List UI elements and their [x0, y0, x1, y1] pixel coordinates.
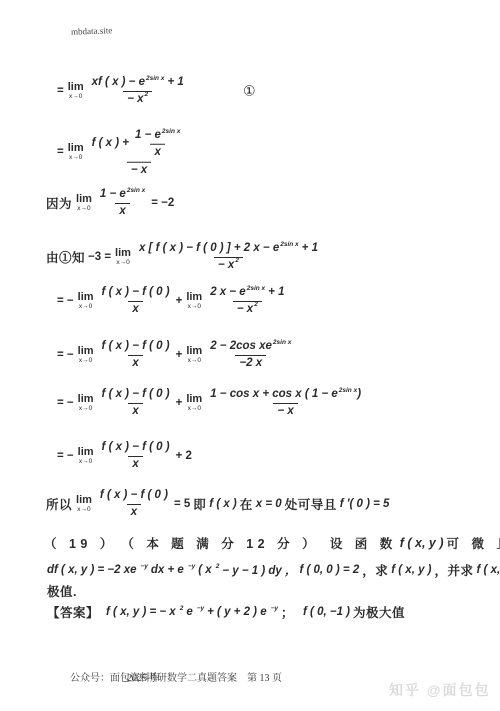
math-token: f ( x, y ) — [400, 536, 444, 550]
math-token: + 1 — [268, 287, 284, 299]
cn-text: 处可导且 — [285, 495, 337, 513]
superscript: 2sin x — [247, 286, 265, 293]
fraction-denominator: − x2 — [123, 91, 152, 108]
fraction: 2 x − e2sin x+ 1 − x2 — [206, 285, 288, 317]
superscript: 2sin x — [146, 76, 164, 83]
superscript: −y — [197, 605, 204, 612]
fraction-denominator: − x2 — [233, 301, 262, 318]
superscript: 2 — [180, 605, 184, 612]
limit-operator: lim x→0 — [76, 495, 92, 514]
math-token: + 1 — [302, 243, 318, 255]
question-text: 可 微 且 满 足 — [447, 534, 500, 552]
math-token: 2 − 2cos xe — [210, 341, 272, 353]
fraction-numerator: f ( x ) + 1 − e2sin x x — [88, 126, 191, 162]
cn-label: 由①知 — [46, 248, 85, 266]
limit-subscript: x→0 — [116, 260, 129, 267]
formula-eq9: 所以 lim x→0 f ( x ) − f ( 0 ) x = 5 即 f (… — [46, 488, 392, 520]
math-token: + 2 — [176, 450, 192, 462]
limit-word: lim — [186, 346, 202, 357]
math-token: x — [131, 507, 137, 519]
fraction-denominator: x — [128, 403, 142, 420]
limit-subscript: x→0 — [69, 155, 82, 162]
limit-subscript: x→0 — [77, 507, 90, 514]
limit-subscript: x→0 — [77, 206, 90, 213]
math-token: + ( y + 2 ) e — [207, 606, 266, 618]
equation-tag-circle-1: ① — [243, 83, 256, 100]
math-token: x = 0 — [256, 498, 282, 510]
fraction: f ( x ) − f ( 0 ) x — [96, 488, 172, 520]
cn-text: ； — [281, 603, 294, 621]
fraction-inner: 1 − e2sin x x — [131, 128, 184, 160]
limit-word: lim — [115, 248, 131, 259]
fraction-denominator: x — [128, 456, 142, 473]
limit-subscript: x→0 — [188, 304, 201, 311]
math-token: + — [176, 397, 183, 409]
fraction-numerator: x [ f ( x ) − f ( 0 ) ] + 2 x − e2sin x+… — [135, 241, 322, 257]
extremum-line: 极值. — [47, 582, 80, 600]
cn-label: 所以 — [46, 495, 72, 513]
math-token: 1 − e — [100, 189, 126, 201]
math-token: 1 − cos x + cos x ( 1 − e — [210, 389, 338, 401]
math-token: f ( 0, 0 ) = 2 — [299, 564, 359, 576]
math-token: f ( x ) − f ( 0 ) — [102, 287, 170, 299]
math-token: = − — [57, 450, 74, 462]
limit-word: lim — [76, 194, 92, 205]
cn-text: 在 — [240, 495, 253, 513]
fraction-denominator: − x — [273, 403, 297, 420]
math-token: ( x — [198, 564, 211, 576]
limit-subscript: x→0 — [188, 358, 201, 365]
superscript: −y — [271, 605, 278, 612]
math-token: −2 x — [239, 358, 262, 370]
math-token: = — [57, 85, 64, 97]
footer-title: 2025考研数学二真题答案 — [127, 669, 237, 684]
math-token: = — [57, 146, 64, 158]
limit-subscript: x→0 — [69, 94, 82, 101]
fraction-denominator: x — [150, 143, 164, 160]
limit-operator: lim x→0 — [68, 143, 84, 162]
formula-eq5: = − lim x→0 f ( x ) − f ( 0 ) x + lim x→… — [57, 285, 290, 317]
fraction-numerator: f ( x ) − f ( 0 ) — [98, 285, 174, 301]
superscript: 2sin x — [127, 188, 145, 195]
limit-operator: lim x→0 — [186, 346, 202, 365]
question-text: （ 19 ） （ 本 题 满 分 12 分 ） 设 函 数 — [44, 534, 397, 552]
fraction-denominator: x — [128, 301, 142, 318]
zhihu-watermark: 知乎 @面包包 — [389, 680, 491, 700]
math-token: x — [119, 206, 125, 218]
math-token: dx + e — [151, 564, 184, 576]
answer-label: 【答案】 — [47, 603, 99, 621]
formula-eq2: = lim x→0 f ( x ) + 1 − e2sin x x − x — [57, 126, 192, 179]
math-token: 2 x − e — [210, 287, 246, 299]
fraction-denominator: x — [127, 504, 141, 521]
limit-operator: lim x→0 — [68, 82, 84, 101]
math-token: ) — [357, 389, 361, 401]
math-token: 1 − e — [135, 130, 161, 142]
fraction-numerator: 2 x − e2sin x+ 1 — [206, 285, 288, 301]
math-token: x — [154, 146, 160, 158]
fraction-denominator: x — [115, 203, 129, 220]
math-token: + — [176, 349, 183, 361]
math-token: f ( x ) − f ( 0 ) — [102, 442, 170, 454]
math-token: f ( x, y ) = − x — [106, 606, 176, 618]
fraction-numerator: f ( x ) − f ( 0 ) — [98, 440, 174, 456]
fraction: f ( x ) − f ( 0 ) x — [98, 387, 174, 419]
fraction-denominator: −2 x — [235, 355, 266, 372]
fraction-denominator: x — [128, 355, 142, 372]
cn-text: ，并求 — [435, 561, 474, 579]
math-token: f ( x ) − f ( 0 ) — [102, 389, 170, 401]
superscript: 2sin x — [273, 340, 291, 347]
limit-word: lim — [78, 394, 94, 405]
cn-label: 因为 — [46, 194, 72, 212]
math-token: + — [176, 295, 183, 307]
math-token: −3 = — [88, 251, 111, 263]
formula-eq3: 因为 lim x→0 1 − e2sin x x = −2 — [46, 187, 177, 219]
fraction-numerator: 1 − cos x + cos x ( 1 − e2sin x) — [206, 387, 365, 403]
limit-subscript: x→0 — [79, 358, 92, 365]
math-token: = 5 — [174, 498, 190, 510]
math-token: + 1 — [167, 77, 183, 89]
math-token: = − — [57, 349, 74, 361]
document-page: mbdata.site = lim x→0 xf ( x ) − e2sin x… — [0, 0, 500, 711]
cn-text: 即 — [193, 495, 206, 513]
math-token: = −2 — [151, 197, 174, 209]
superscript: 2 — [145, 92, 149, 99]
question-19-line: （ 19 ） （ 本 题 满 分 12 分 ） 设 函 数 f ( x, y )… — [44, 534, 500, 552]
limit-word: lim — [68, 143, 84, 154]
fraction: xf ( x ) − e2sin x+ 1 − x2 — [88, 75, 188, 107]
limit-word: lim — [78, 447, 94, 458]
math-token: x — [132, 459, 138, 471]
formula-eq7: = − lim x→0 f ( x ) − f ( 0 ) x + lim x→… — [57, 387, 367, 419]
math-token: f ( x ) + — [92, 138, 129, 150]
fraction-numerator: f ( x ) − f ( 0 ) — [98, 339, 174, 355]
math-token: − x — [237, 304, 253, 316]
math-token: − x — [131, 165, 147, 177]
math-token: f ( x ) − f ( 0 ) — [102, 341, 170, 353]
limit-operator: lim x→0 — [78, 346, 94, 365]
fraction: f ( x ) − f ( 0 ) x — [98, 285, 174, 317]
limit-operator: lim x→0 — [78, 394, 94, 413]
cn-text: ，求 — [362, 561, 388, 579]
limit-word: lim — [76, 495, 92, 506]
math-token: − x — [277, 406, 293, 418]
limit-word: lim — [78, 292, 94, 303]
math-token: xf ( x ) − e — [92, 77, 145, 89]
math-token: − y − 1 ) dy ， — [222, 562, 296, 578]
fraction-outer: f ( x ) + 1 − e2sin x x − x — [88, 126, 191, 179]
answer-line: 【答案】 f ( x, y ) = − x2 e−y + ( y + 2 ) e… — [47, 603, 408, 621]
math-token: x — [132, 304, 138, 316]
limit-subscript: x→0 — [188, 406, 201, 413]
superscript: 2sin x — [339, 388, 357, 395]
math-token: e — [186, 606, 192, 618]
superscript: −y — [140, 563, 147, 570]
fraction-denominator: − x2 — [214, 257, 243, 274]
math-token: f ( x ) − f ( 0 ) — [100, 490, 168, 502]
math-token: f ( x, y ) — [477, 564, 500, 576]
math-token: − x — [218, 260, 234, 272]
fraction-numerator: f ( x ) − f ( 0 ) — [98, 387, 174, 403]
fraction: f ( x ) − f ( 0 ) x — [98, 440, 174, 472]
math-token: = − — [57, 397, 74, 409]
limit-operator: lim x→0 — [78, 447, 94, 466]
math-token: = − — [57, 295, 74, 307]
math-token: x [ f ( x ) − f ( 0 ) ] + 2 x − e — [139, 243, 279, 255]
footer-page-number: 第 13 页 — [247, 669, 282, 684]
limit-subscript: x→0 — [79, 406, 92, 413]
limit-operator: lim x→0 — [115, 248, 131, 267]
fraction-numerator: f ( x ) − f ( 0 ) — [96, 488, 172, 504]
math-token: f ( x, y ) — [391, 564, 431, 576]
cn-text: 极值. — [47, 582, 77, 600]
fraction-numerator: 1 − e2sin x — [131, 128, 184, 144]
fraction-numerator: 1 − e2sin x — [96, 187, 149, 203]
superscript: −y — [188, 563, 195, 570]
math-token: f ( 0, −1 ) — [303, 606, 350, 618]
formula-eq8: = − lim x→0 f ( x ) − f ( 0 ) x + 2 — [57, 440, 195, 472]
fraction: x [ f ( x ) − f ( 0 ) ] + 2 x − e2sin x+… — [135, 241, 322, 273]
corner-watermark: mbdata.site — [71, 25, 113, 36]
cn-text: 为极大值 — [353, 603, 405, 621]
fraction-numerator: 2 − 2cos xe2sin x — [206, 339, 295, 355]
superscript: 2 — [254, 302, 258, 309]
superscript: 2sin x — [280, 242, 298, 249]
superscript: 2sin x — [162, 128, 180, 135]
limit-operator: lim x→0 — [78, 292, 94, 311]
math-token: − x — [127, 94, 143, 106]
differential-line: df ( x, y ) = −2 xe−y dx + e−y ( x2 − y … — [47, 561, 500, 579]
limit-operator: lim x→0 — [186, 292, 202, 311]
superscript: 2 — [235, 258, 239, 265]
fraction-denominator: − x — [127, 162, 151, 179]
limit-word: lim — [186, 394, 202, 405]
math-token: f ′( 0 ) = 5 — [340, 498, 390, 510]
limit-operator: lim x→0 — [76, 194, 92, 213]
fraction: f ( x ) − f ( 0 ) x — [98, 339, 174, 371]
math-token: x — [132, 358, 138, 370]
limit-word: lim — [68, 82, 84, 93]
fraction-numerator: xf ( x ) − e2sin x+ 1 — [88, 75, 188, 91]
formula-eq1: = lim x→0 xf ( x ) − e2sin x+ 1 − x2 — [57, 75, 190, 107]
limit-word: lim — [186, 292, 202, 303]
fraction: 1 − e2sin x x — [96, 187, 149, 219]
fraction: 2 − 2cos xe2sin x −2 x — [206, 339, 295, 371]
superscript: 2 — [216, 563, 220, 570]
fraction: 1 − cos x + cos x ( 1 − e2sin x) − x — [206, 387, 365, 419]
limit-word: lim — [78, 346, 94, 357]
formula-eq4: 由①知 −3 = lim x→0 x [ f ( x ) − f ( 0 ) ]… — [46, 241, 324, 273]
limit-subscript: x→0 — [79, 459, 92, 466]
limit-subscript: x→0 — [79, 304, 92, 311]
math-token: df ( x, y ) = −2 xe — [47, 564, 136, 576]
math-token: f ( x ) — [209, 498, 236, 510]
formula-eq6: = − lim x→0 f ( x ) − f ( 0 ) x + lim x→… — [57, 339, 297, 371]
limit-operator: lim x→0 — [186, 394, 202, 413]
math-token: x — [132, 406, 138, 418]
